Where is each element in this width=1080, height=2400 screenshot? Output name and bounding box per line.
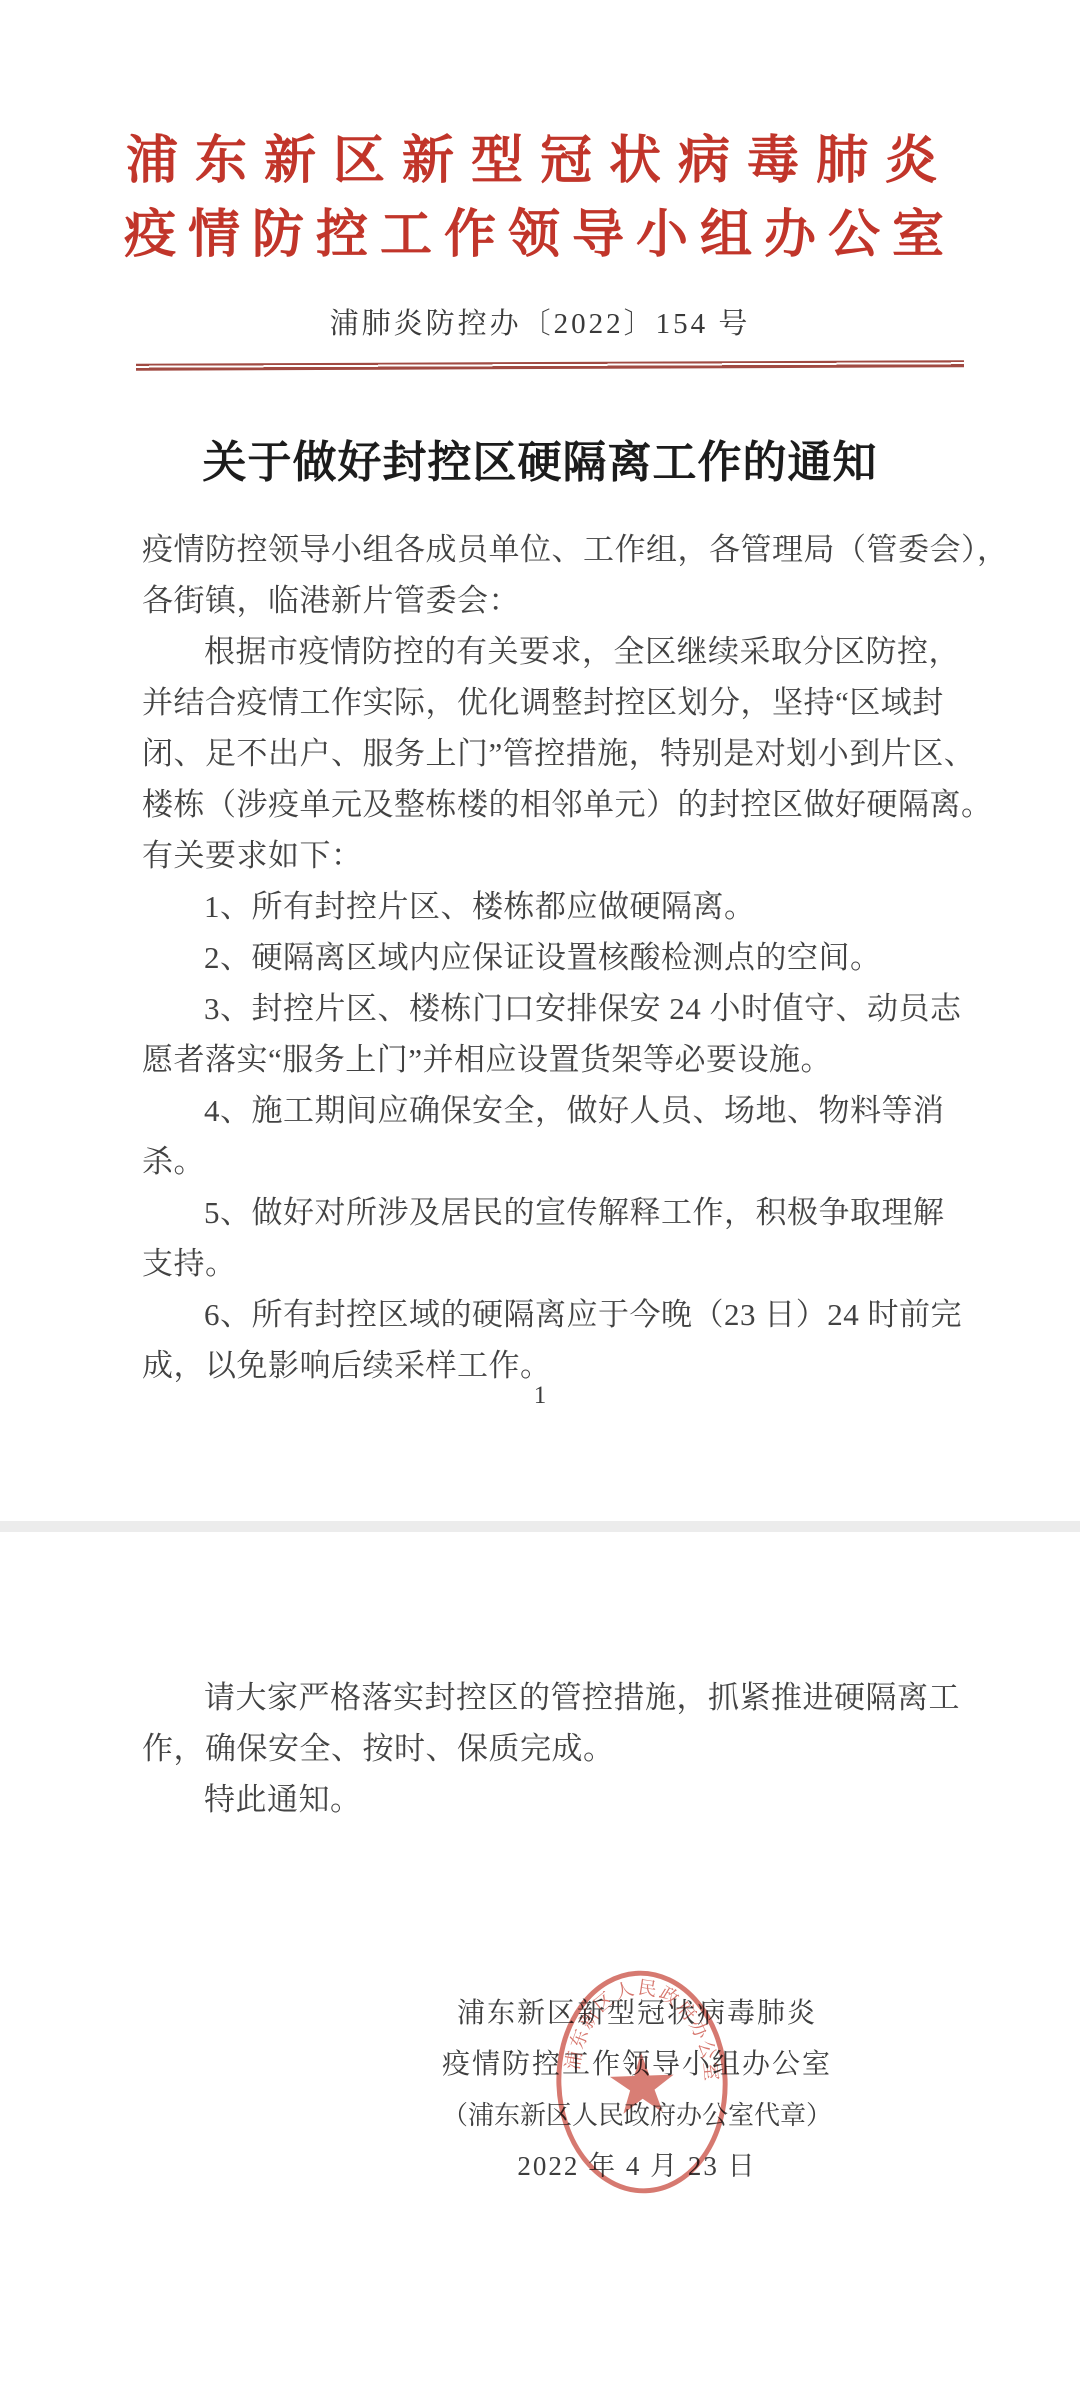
body-line: 楼栋（涉疫单元及整栋楼的相邻单元）的封控区做好硬隔离。: [142, 779, 948, 830]
signature-org-line1: 浦东新区新型冠状病毒肺炎: [337, 1988, 937, 2039]
body-line: 特此通知。: [142, 1774, 948, 1825]
notice-title: 关于做好封控区硬隔离工作的通知: [0, 430, 1080, 496]
body-line: 闭、足不出户、服务上门”管控措施，特别是对划小到片区、: [142, 728, 948, 779]
body-line: 疫情防控领导小组各成员单位、工作组，各管理局（管委会），: [142, 524, 948, 575]
body-line: 5、做好对所涉及居民的宣传解释工作，积极争取理解: [142, 1187, 948, 1238]
red-separator-rule: [136, 360, 964, 371]
letterhead-line1: 浦东新区新型冠状病毒肺炎: [0, 125, 1080, 199]
body-line: 3、封控片区、楼栋门口安排保安 24 小时值守、动员志: [142, 983, 948, 1034]
letterhead-line2: 疫情防控工作领导小组办公室: [0, 199, 1080, 273]
body-line: 6、所有封控区域的硬隔离应于今晚（23 日）24 时前完: [142, 1289, 948, 1340]
body-line: 1、所有封控片区、楼栋都应做硬隔离。: [142, 881, 948, 932]
signature-block: 浦东新区新型冠状病毒肺炎 疫情防控工作领导小组办公室 （浦东新区人民政府办公室代…: [337, 1988, 937, 2192]
notice-body-page2: 请大家严格落实封控区的管控措施，抓紧推进硬隔离工 作，确保安全、按时、保质完成。…: [142, 1672, 948, 1825]
doc-number: 浦肺炎防控办〔2022〕154 号: [0, 303, 1080, 345]
body-line: 支持。: [142, 1238, 948, 1289]
page-break-divider: [0, 1521, 1080, 1532]
signature-proxy-note: （浦东新区人民政府办公室代章）: [337, 2090, 937, 2141]
body-line: 根据市疫情防控的有关要求，全区继续采取分区防控，: [142, 626, 948, 677]
body-line: 并结合疫情工作实际，优化调整封控区划分，坚持“区域封: [142, 677, 948, 728]
body-line: 各街镇，临港新片管委会：: [142, 575, 948, 626]
body-line: 请大家严格落实封控区的管控措施，抓紧推进硬隔离工: [142, 1672, 948, 1723]
signature-date: 2022 年 4 月 23 日: [337, 2141, 937, 2192]
page-number: 1: [0, 1382, 1080, 1410]
notice-body-page1: 疫情防控领导小组各成员单位、工作组，各管理局（管委会）， 各街镇，临港新片管委会…: [142, 524, 948, 1391]
signature-org-line2: 疫情防控工作领导小组办公室: [337, 2039, 937, 2090]
body-line: 杀。: [142, 1136, 948, 1187]
body-line: 2、硬隔离区域内应保证设置核酸检测点的空间。: [142, 932, 948, 983]
document-photo: { "document": { "letterhead": { "line1":…: [0, 0, 1080, 2400]
body-line: 作，确保安全、按时、保质完成。: [142, 1723, 948, 1774]
body-line: 愿者落实“服务上门”并相应设置货架等必要设施。: [142, 1034, 948, 1085]
body-line: 4、施工期间应确保安全，做好人员、场地、物料等消: [142, 1085, 948, 1136]
letterhead: 浦东新区新型冠状病毒肺炎 疫情防控工作领导小组办公室: [0, 125, 1080, 273]
body-line: 有关要求如下：: [142, 830, 948, 881]
